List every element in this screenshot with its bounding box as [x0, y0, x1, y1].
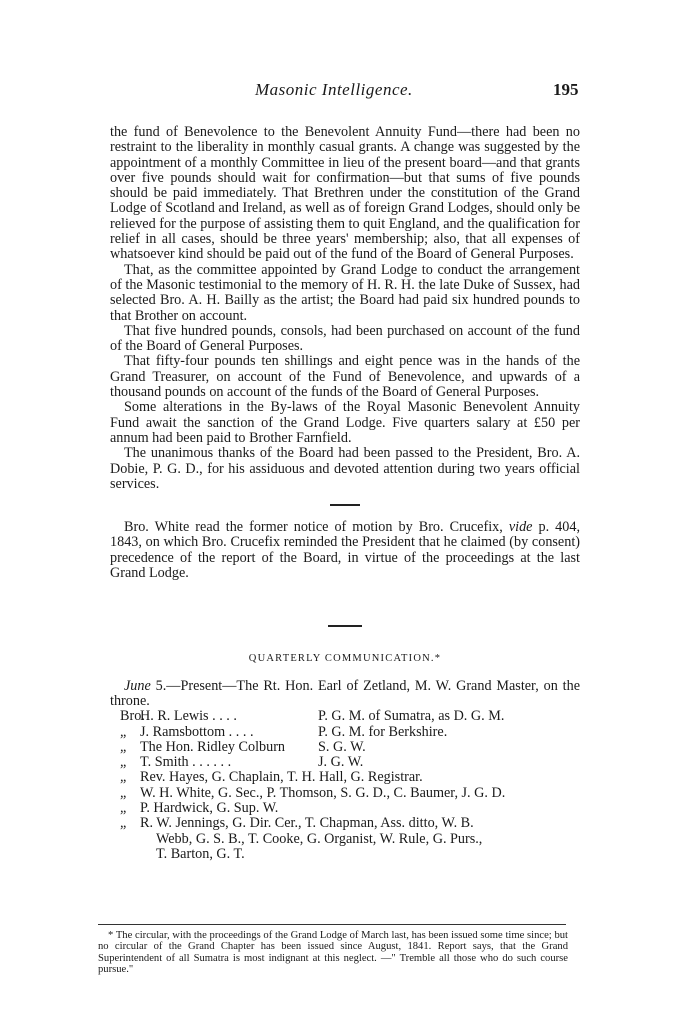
paragraph: That, as the committee appointed by Gran… [110, 263, 580, 324]
section-divider [330, 504, 360, 506]
page-number: 195 [553, 80, 579, 100]
attendee-row: „ R. W. Jennings, G. Dir. Cer., T. Chapm… [110, 816, 580, 831]
attendee-prefix: „ [110, 801, 140, 816]
attendee-office: J. G. W. [318, 755, 580, 770]
attendee-office: S. G. W. [318, 740, 580, 755]
session-intro-text: 5.—Present—The Rt. Hon. Earl of Zetland,… [110, 678, 580, 709]
attendee-continuation: Webb, G. S. B., T. Cooke, G. Organist, W… [110, 832, 580, 847]
motion-text: Bro. White read the former notice of mot… [124, 519, 509, 535]
attendee-name: H. R. Lewis . . . . [140, 709, 318, 724]
motion-paragraph: Bro. White read the former notice of mot… [110, 520, 580, 581]
section-title: QUARTERLY COMMUNICATION.* [110, 651, 580, 666]
page-header: Masonic Intelligence. 195 [0, 80, 677, 104]
session-date: June [124, 678, 151, 694]
attendee-name: The Hon. Ridley Colburn [140, 740, 318, 755]
motion-italic: vide [509, 519, 533, 535]
attendee-entry: P. Hardwick, G. Sup. W. [140, 801, 580, 816]
paragraph: The unanimous thanks of the Board had be… [110, 446, 580, 492]
page-body: the fund of Benevolence to the Benevolen… [110, 125, 580, 862]
attendee-prefix: „ [110, 816, 140, 831]
attendee-row: „ T. Smith . . . . . . J. G. W. [110, 755, 580, 770]
attendee-row: „ W. H. White, G. Sec., P. Thomson, S. G… [110, 786, 580, 801]
attendee-row: „ P. Hardwick, G. Sup. W. [110, 801, 580, 816]
attendee-prefix: „ [110, 725, 140, 740]
attendee-list: Bro. H. R. Lewis . . . . P. G. M. of Sum… [110, 709, 580, 862]
attendee-prefix: „ [110, 740, 140, 755]
attendee-entry: W. H. White, G. Sec., P. Thomson, S. G. … [140, 786, 580, 801]
attendee-entry: Rev. Hayes, G. Chaplain, T. H. Hall, G. … [140, 770, 580, 785]
attendee-office: P. G. M. for Berkshire. [318, 725, 580, 740]
attendee-prefix: „ [110, 770, 140, 785]
attendee-row: Bro. H. R. Lewis . . . . P. G. M. of Sum… [110, 709, 580, 724]
attendee-prefix: Bro. [110, 709, 140, 724]
attendee-entry: R. W. Jennings, G. Dir. Cer., T. Chapman… [140, 816, 580, 831]
attendee-name: J. Ramsbottom . . . . [140, 725, 318, 740]
attendee-prefix: „ [110, 786, 140, 801]
footnote: * The circular, with the proceedings of … [98, 930, 568, 976]
paragraph: the fund of Benevolence to the Benevolen… [110, 125, 580, 263]
attendee-row: „ Rev. Hayes, G. Chaplain, T. H. Hall, G… [110, 770, 580, 785]
attendee-name: T. Smith . . . . . . [140, 755, 318, 770]
running-title: Masonic Intelligence. [255, 80, 413, 100]
section-divider [328, 625, 362, 627]
paragraph: That five hundred pounds, consols, had b… [110, 324, 580, 355]
attendee-office: P. G. M. of Sumatra, as D. G. M. [318, 709, 580, 724]
session-intro: June 5.—Present—The Rt. Hon. Earl of Zet… [110, 679, 580, 710]
attendee-prefix: „ [110, 755, 140, 770]
footnote-divider [98, 924, 566, 925]
attendee-continuation: T. Barton, G. T. [110, 847, 580, 862]
attendee-row: „ J. Ramsbottom . . . . P. G. M. for Ber… [110, 725, 580, 740]
footnotes: * The circular, with the proceedings of … [98, 930, 568, 976]
paragraph: That fifty-four pounds ten shillings and… [110, 354, 580, 400]
attendee-row: „ The Hon. Ridley Colburn S. G. W. [110, 740, 580, 755]
paragraph: Some alterations in the By-laws of the R… [110, 400, 580, 446]
